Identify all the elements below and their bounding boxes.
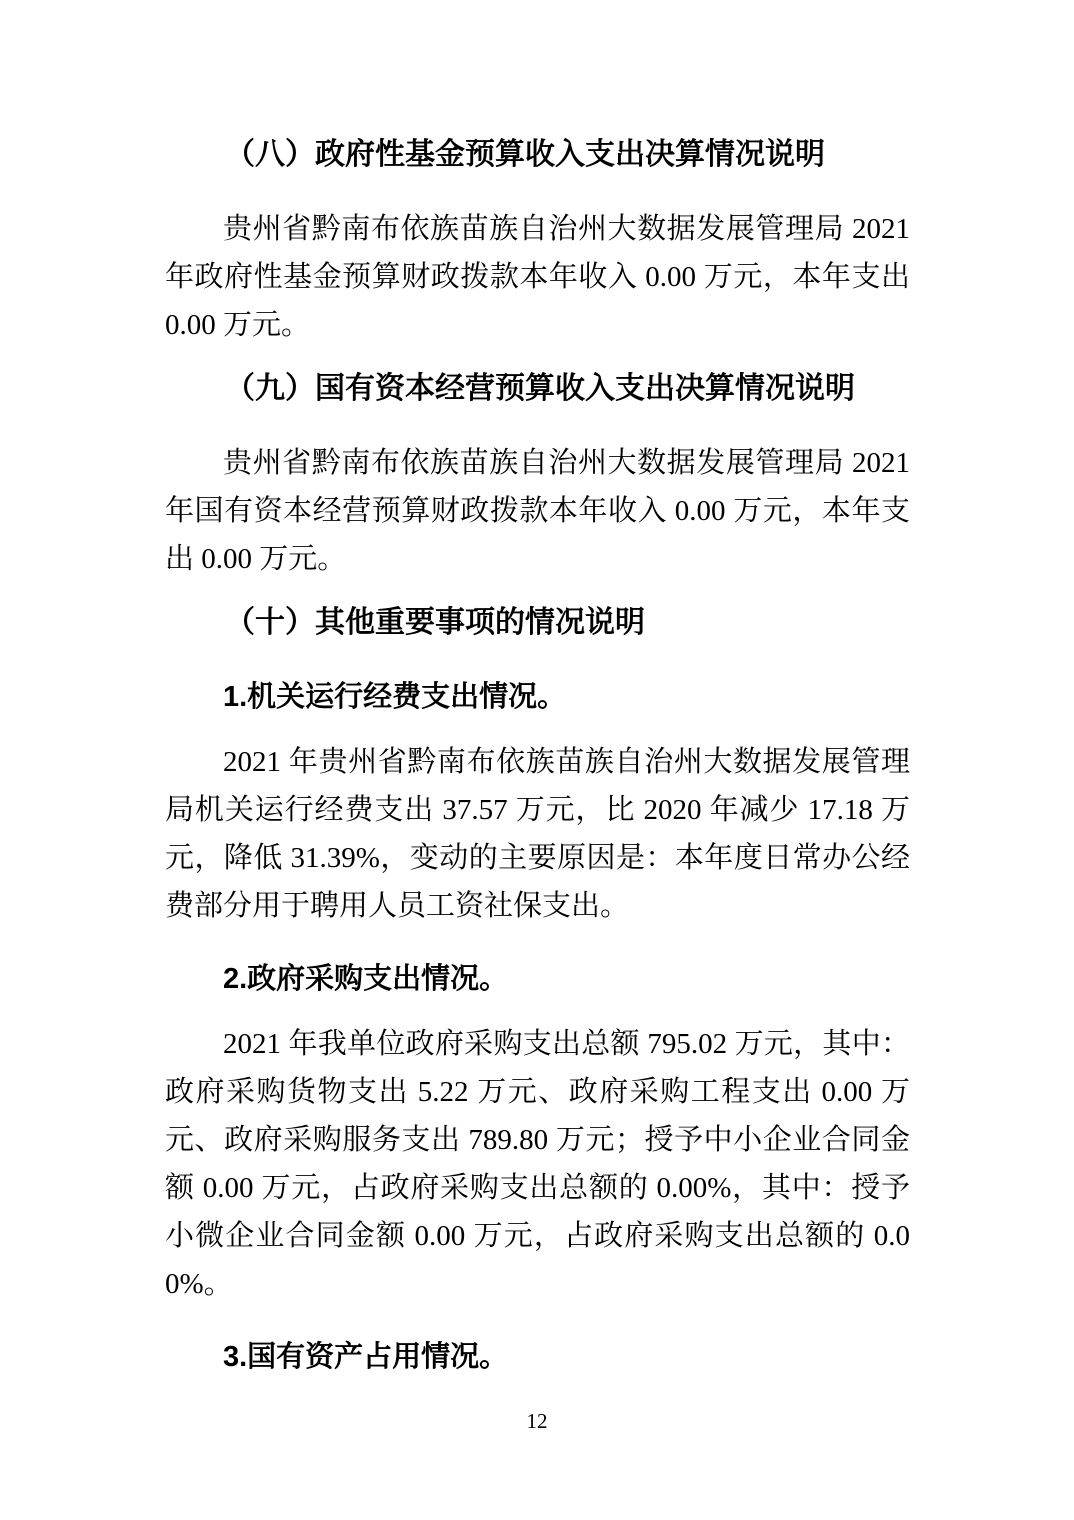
para-section-9-state-capital-budget: 贵州省黔南布依族苗族自治州大数据发展管理局 2021 年国有资本经营预算财政拨款… xyxy=(165,439,910,583)
para-item-1-agency-operating-expense: 2021 年贵州省黔南布依族苗族自治州大数据发展管理局机关运行经费支出 37.5… xyxy=(165,738,910,930)
document-page: （八）政府性基金预算收入支出决算情况说明 贵州省黔南布依族苗族自治州大数据发展管… xyxy=(0,0,1074,1520)
subheading-item-2-gov-procurement: 2.政府采购支出情况。 xyxy=(165,955,910,1003)
para-item-2-gov-procurement: 2021 年我单位政府采购支出总额 795.02 万元，其中：政府采购货物支出 … xyxy=(165,1020,910,1308)
subheading-item-1-agency-operating-expense: 1.机关运行经费支出情况。 xyxy=(165,673,910,721)
subheading-item-3-state-asset-occupation: 3.国有资产占用情况。 xyxy=(165,1333,910,1381)
heading-section-10-other-important-matters: （十）其他重要事项的情况说明 xyxy=(165,599,910,647)
page-number: 12 xyxy=(0,1408,1074,1434)
para-section-8-gov-fund-budget: 贵州省黔南布依族苗族自治州大数据发展管理局 2021 年政府性基金预算财政拨款本… xyxy=(165,205,910,349)
heading-section-9-state-capital-budget: （九）国有资本经营预算收入支出决算情况说明 xyxy=(165,365,910,413)
heading-section-8-gov-fund-budget: （八）政府性基金预算收入支出决算情况说明 xyxy=(165,131,910,179)
